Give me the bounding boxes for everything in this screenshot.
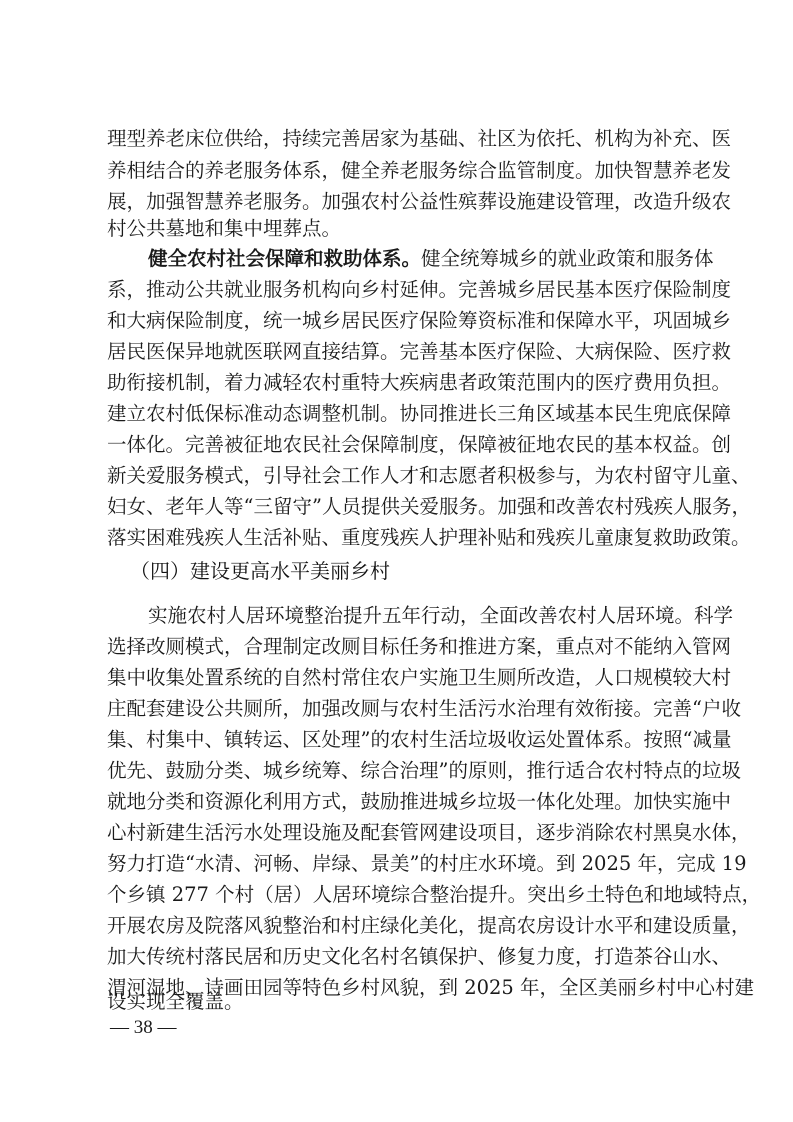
text-line: 养相结合的养老服务体系，健全养老服务综合监管制度。加快智慧养老发 xyxy=(107,159,687,183)
text-line: 落实困难残疾人生活补贴、重度残疾人护理补贴和残疾儿童康复救助政策。 xyxy=(107,526,687,550)
text-line: 选择改厕模式，合理制定改厕目标任务和推进方案，重点对不能纳入管网 xyxy=(107,635,687,659)
paragraph-lead-bold: 健全农村社会保障和救助体系。 xyxy=(148,247,421,270)
text-line: 系，推动公共就业服务机构向乡村延伸。完善城乡居民基本医疗保险制度 xyxy=(107,278,687,302)
text-line: 建立农村低保标准动态调整机制。协同推进长三角区域基本民生兜底保障 xyxy=(107,402,687,426)
text-line: 加大传统村落民居和历史文化名村名镇保护、修复力度，打造茶谷山水、 xyxy=(107,945,687,969)
text-line: 就地分类和资源化利用方式，鼓励推进城乡垃圾一体化处理。加快实施中 xyxy=(107,790,687,814)
text-line-first: 健全农村社会保障和救助体系。健全统筹城乡的就业政策和服务体 xyxy=(148,247,687,271)
page-number: — 38 — xyxy=(110,1016,177,1040)
text-line-first: 实施农村人居环境整治提升五年行动，全面改善农村人居环境。科学 xyxy=(148,604,687,628)
text-line: 设实现全覆盖。 xyxy=(107,990,687,1014)
text-line: 个乡镇 277 个村（居）人居环境综合整治提升。突出乡土特色和地域特点， xyxy=(107,883,687,907)
text-line: 居民医保异地就医联网直接结算。完善基本医疗保险、大病保险、医疗救 xyxy=(107,340,687,364)
text-line: 助衔接机制，着力减轻农村重特大疾病患者政策范围内的医疗费用负担。 xyxy=(107,371,687,395)
text-line: 集中收集处置系统的自然村常住农户实施卫生厕所改造，人口规模较大村 xyxy=(107,666,687,690)
text-line: 和大病保险制度，统一城乡居民医疗保险筹资标准和保障水平，巩固城乡 xyxy=(107,309,687,333)
text-line: 理型养老床位供给，持续完善居家为基础、社区为依托、机构为补充、医 xyxy=(107,127,687,151)
text-line: 庄配套建设公共厕所，加强改厕与农村生活污水治理有效衔接。完善“户收 xyxy=(107,697,687,721)
text-line: 妇女、老年人等“三留守”人员提供关爱服务。加强和改善农村残疾人服务， xyxy=(107,495,687,519)
text-line: 集、村集中、镇转运、区处理”的农村生活垃圾收运处置体系。按照“减量 xyxy=(107,728,687,752)
text-line: 开展农房及院落风貌整治和村庄绿化美化，提高农房设计水平和建设质量， xyxy=(107,914,687,938)
text-line: 村公共墓地和集中埋葬点。 xyxy=(107,217,687,241)
paragraph-lead-rest: 健全统筹城乡的就业政策和服务体 xyxy=(421,247,714,270)
text-line: 一体化。完善被征地农民社会保障制度，保障被征地农民的基本权益。创 xyxy=(107,433,687,457)
section-heading: （四）建设更高水平美丽乡村 xyxy=(130,557,390,585)
text-line: 新关爱服务模式，引导社会工作人才和志愿者积极参与，为农村留守儿童、 xyxy=(107,464,687,488)
text-line: 展，加强智慧养老服务。加强农村公益性殡葬设施建设管理，改造升级农 xyxy=(107,190,687,214)
document-page: 理型养老床位供给，持续完善居家为基础、社区为依托、机构为补充、医 养相结合的养老… xyxy=(0,0,793,1122)
text-line: 努力打造“水清、河畅、岸绿、景美”的村庄水环境。到 2025 年，完成 19 xyxy=(107,852,687,876)
text-line: 心村新建生活污水处理设施及配套管网建设项目，逐步消除农村黑臭水体， xyxy=(107,821,687,845)
text-line: 优先、鼓励分类、城乡统筹、综合治理”的原则，推行适合农村特点的垃圾 xyxy=(107,759,687,783)
